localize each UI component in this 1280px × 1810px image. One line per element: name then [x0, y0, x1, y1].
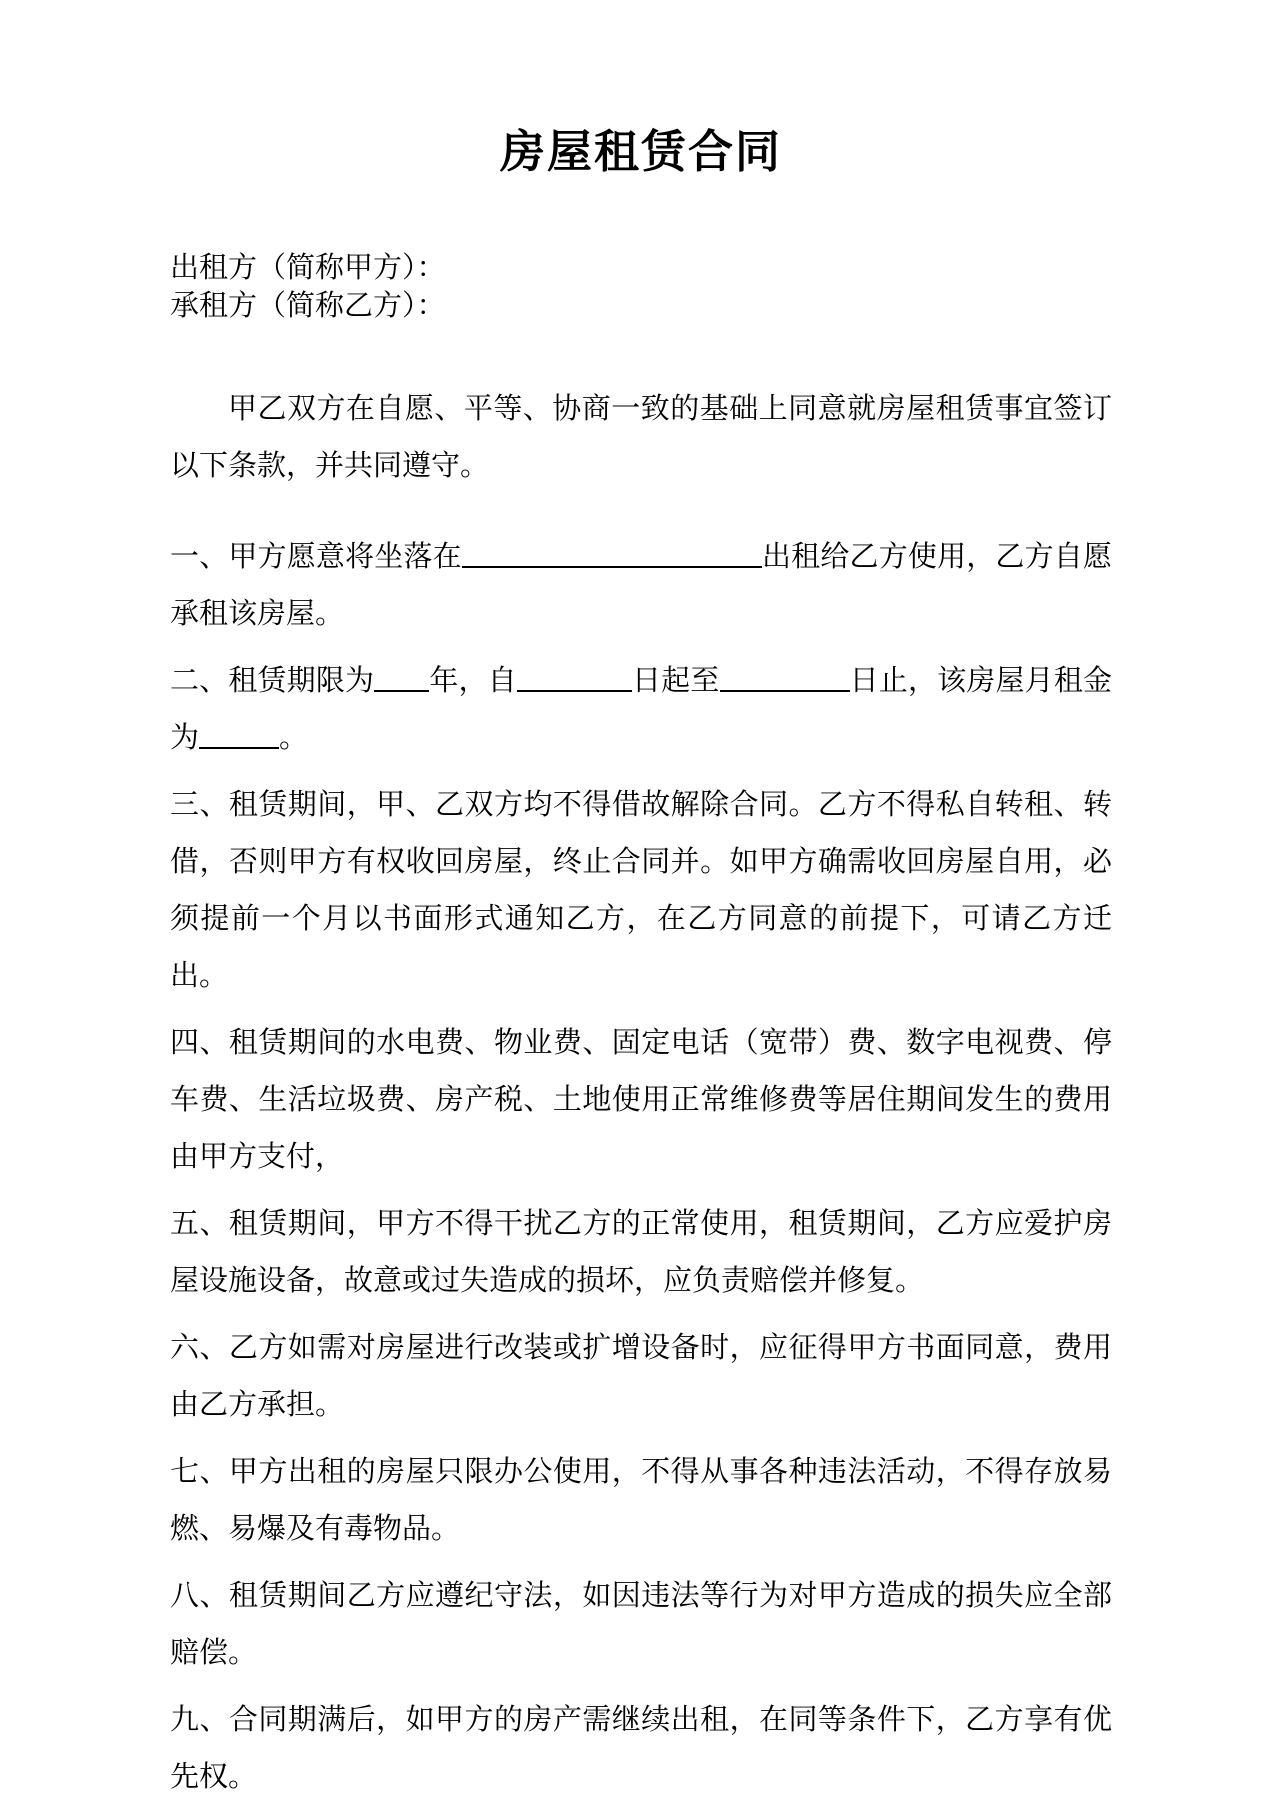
clause-9: 九、合同期满后，如甲方的房产需继续出租，在同等条件下，乙方享有优先权。 [170, 1692, 1112, 1806]
clause-2-text-3: 日起至 [632, 665, 720, 697]
clause-2-text-1: 二、租赁期限为 [170, 665, 374, 697]
blank-start-date-field [517, 663, 632, 692]
clause-5: 五、租赁期间，甲方不得干扰乙方的正常使用，租赁期间，乙方应爱护房屋设施设备，故意… [170, 1196, 1112, 1310]
clause-2-text-2: 年，自 [429, 665, 517, 697]
blank-location-field [462, 539, 762, 568]
document-title: 房屋租赁合同 [170, 125, 1112, 179]
lessor-line: 出租方（简称甲方）： [170, 249, 1112, 287]
parties-block: 出租方（简称甲方）： 承租方（简称乙方）： [170, 249, 1112, 325]
clause-1-text-pre: 一、甲方愿意将坐落在 [170, 541, 462, 573]
blank-term-years-field [374, 663, 429, 692]
clause-3: 三、租赁期间，甲、乙双方均不得借故解除合同。乙方不得私自转租、转借，否则甲方有权… [170, 777, 1112, 1005]
clause-2-text-5: 。 [279, 722, 308, 754]
clause-2: 二、租赁期限为年，自日起至日止，该房屋月租金为。 [170, 653, 1112, 767]
clause-1: 一、甲方愿意将坐落在出租给乙方使用，乙方自愿承租该房屋。 [170, 529, 1112, 643]
blank-end-date-field [720, 663, 850, 692]
clause-7: 七、甲方出租的房屋只限办公使用，不得从事各种违法活动，不得存放易燃、易爆及有毒物… [170, 1444, 1112, 1558]
contract-page: 房屋租赁合同 出租方（简称甲方）： 承租方（简称乙方）： 甲乙双方在自愿、平等、… [0, 0, 1280, 1810]
lessee-line: 承租方（简称乙方）： [170, 287, 1112, 325]
clause-8: 八、租赁期间乙方应遵纪守法，如因违法等行为对甲方造成的损失应全部赔偿。 [170, 1568, 1112, 1682]
clause-6: 六、乙方如需对房屋进行改装或扩增设备时，应征得甲方书面同意，费用由乙方承担。 [170, 1320, 1112, 1434]
blank-monthly-rent-field [199, 720, 279, 749]
clause-4: 四、租赁期间的水电费、物业费、固定电话（宽带）费、数字电视费、停车费、生活垃圾费… [170, 1015, 1112, 1186]
intro-paragraph: 甲乙双方在自愿、平等、协商一致的基础上同意就房屋租赁事宜签订以下条款，并共同遵守… [170, 381, 1112, 495]
